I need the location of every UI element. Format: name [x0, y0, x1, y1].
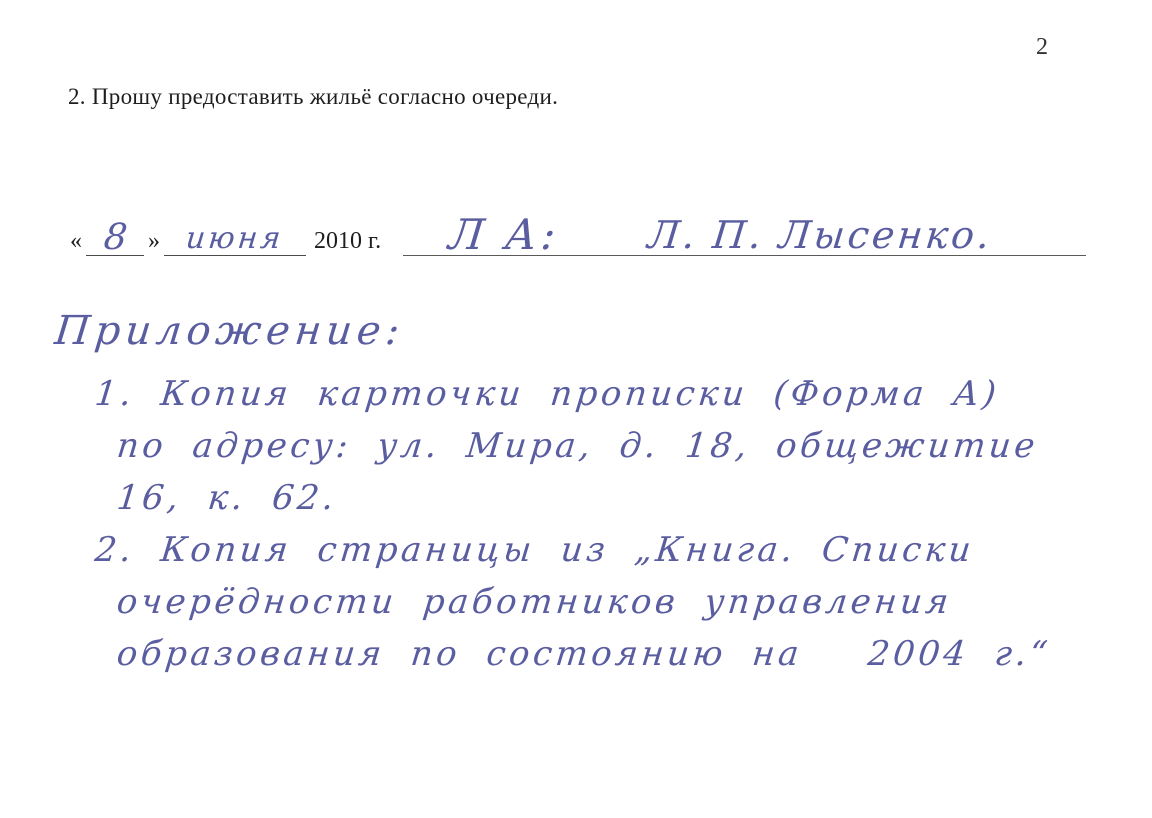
attachment-item-2-line-1: 2. Копия страницы из „Книга. Списки: [92, 524, 977, 576]
open-quote: «: [66, 226, 86, 256]
attachment-heading: Приложение:: [53, 308, 407, 354]
attachment-item-2-line-3: образования по состоянию на: [114, 628, 805, 680]
close-quote: »: [144, 226, 164, 256]
signature-initials: Л А:: [447, 215, 562, 255]
request-paragraph: 2. Прошу предоставить жильё согласно оче…: [68, 84, 558, 110]
attachment-item-1-line-3: 16, к. 62.: [114, 472, 339, 524]
year-label: 2010 г.: [306, 226, 381, 256]
attachment-item-2-line-4: 2004 г.“: [865, 628, 1053, 680]
page-number: 2: [1036, 34, 1048, 61]
attachment-item-1-line-2: по адресу: ул. Мира, д. 18, общежитие: [114, 420, 1040, 472]
signature-name: Л. П. Лысенко.: [645, 215, 993, 255]
signature-blank-line: Л А: Л. П. Лысенко.: [403, 212, 1086, 256]
attachment-item-1-line-1: 1. Копия карточки прописки (Форма А): [92, 368, 1002, 420]
date-signature-row: « 8 » июня 2010 г. Л А: Л. П. Лысенко.: [66, 212, 1086, 256]
handwritten-month: июня: [185, 223, 286, 255]
document-page: 2 2. Прошу предоставить жильё согласно о…: [0, 0, 1152, 818]
month-blank-line: июня: [164, 212, 306, 256]
attachment-item-2-line-2: очерёдности работников управления: [114, 576, 954, 628]
attachment-section: Приложение: 1. Копия карточки прописки (…: [55, 308, 1145, 680]
handwritten-day: 8: [102, 221, 128, 255]
day-blank-line: 8: [86, 212, 144, 256]
